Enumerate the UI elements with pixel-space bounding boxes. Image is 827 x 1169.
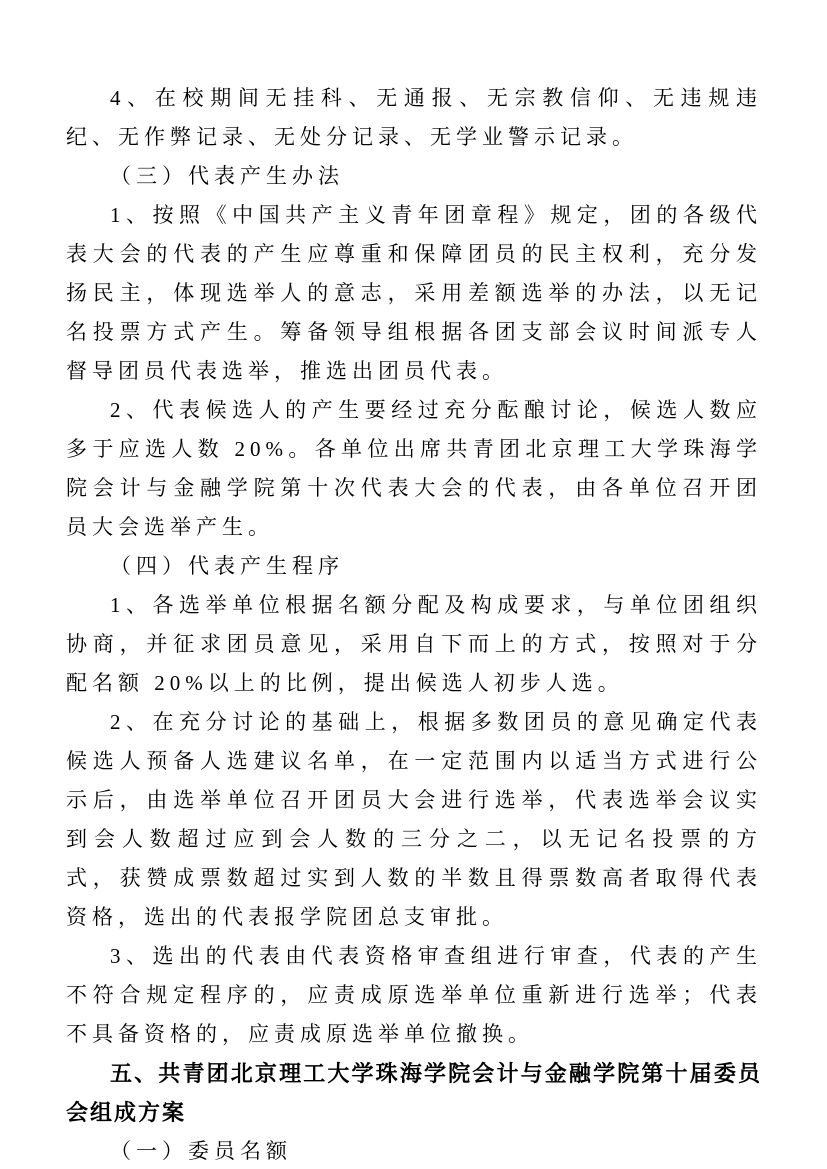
document-content: 4、在校期间无挂科、无通报、无宗教信仰、无违规违纪、无作弊记录、无处分记录、无学… — [66, 79, 762, 1169]
document-paragraph: 1、按照《中国共产主义青年团章程》规定，团的各级代表大会的代表的产生应尊重和保障… — [66, 196, 762, 391]
section-heading: 五、共青团北京理工大学珠海学院会计与金融学院第十届委员会组成方案 — [66, 1054, 762, 1132]
document-paragraph: （四）代表产生程序 — [66, 547, 762, 586]
document-paragraph: 4、在校期间无挂科、无通报、无宗教信仰、无违规违纪、无作弊记录、无处分记录、无学… — [66, 79, 762, 157]
document-paragraph: （一）委员名额 — [66, 1132, 762, 1169]
document-paragraph: 2、在充分讨论的基础上，根据多数团员的意见确定代表候选人预备人选建议名单，在一定… — [66, 703, 762, 937]
document-paragraph: （三）代表产生办法 — [66, 157, 762, 196]
document-paragraph: 1、各选举单位根据名额分配及构成要求，与单位团组织协商，并征求团员意见，采用自下… — [66, 586, 762, 703]
document-page: 4、在校期间无挂科、无通报、无宗教信仰、无违规违纪、无作弊记录、无处分记录、无学… — [0, 0, 827, 1169]
document-paragraph: 2、代表候选人的产生要经过充分酝酿讨论，候选人数应多于应选人数 20%。各单位出… — [66, 391, 762, 547]
document-paragraph: 3、选出的代表由代表资格审查组进行审查，代表的产生不符合规定程序的，应责成原选举… — [66, 937, 762, 1054]
